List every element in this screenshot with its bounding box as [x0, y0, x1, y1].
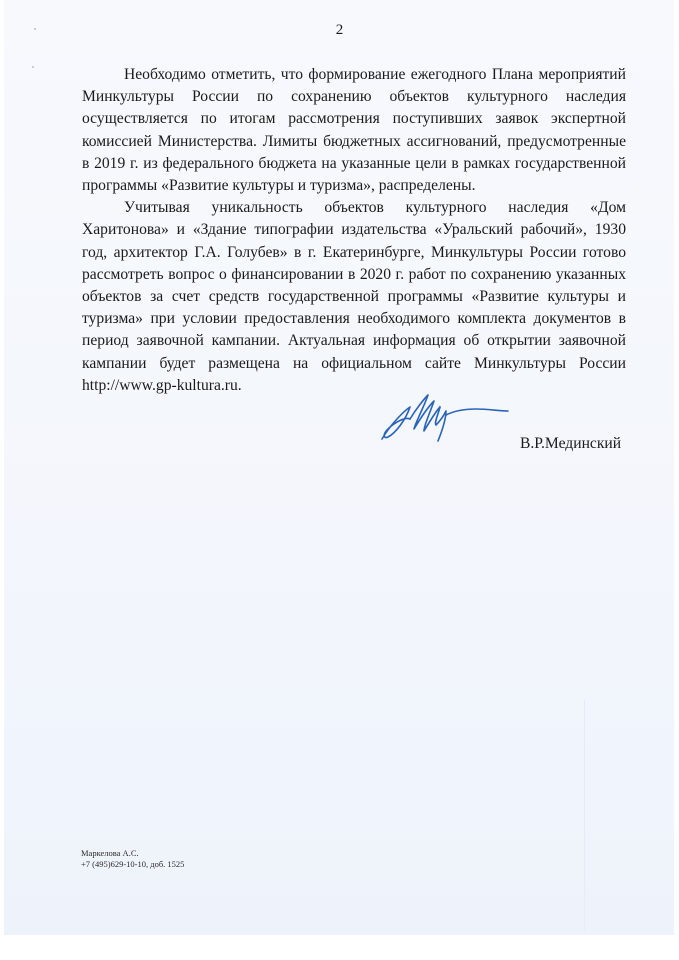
executor-name: Маркелова А.С. [81, 848, 184, 859]
handwritten-signature-icon [376, 385, 516, 445]
paragraph-funding: Учитывая уникальность объектов культурно… [82, 197, 626, 397]
scan-speck [32, 66, 34, 68]
signer-name: В.Р.Мединский [520, 435, 621, 453]
page-number: 2 [0, 22, 679, 39]
signature-block: В.Р.Мединский [376, 385, 636, 465]
page-fold-shadow [584, 700, 585, 930]
letter-body: Необходимо отметить, что формирование еж… [82, 64, 626, 397]
executor-info: Маркелова А.С. +7 (495)629-10-10, доб. 1… [81, 848, 184, 870]
paragraph-planning: Необходимо отметить, что формирование еж… [82, 64, 626, 197]
executor-phone: +7 (495)629-10-10, доб. 1525 [81, 859, 184, 870]
